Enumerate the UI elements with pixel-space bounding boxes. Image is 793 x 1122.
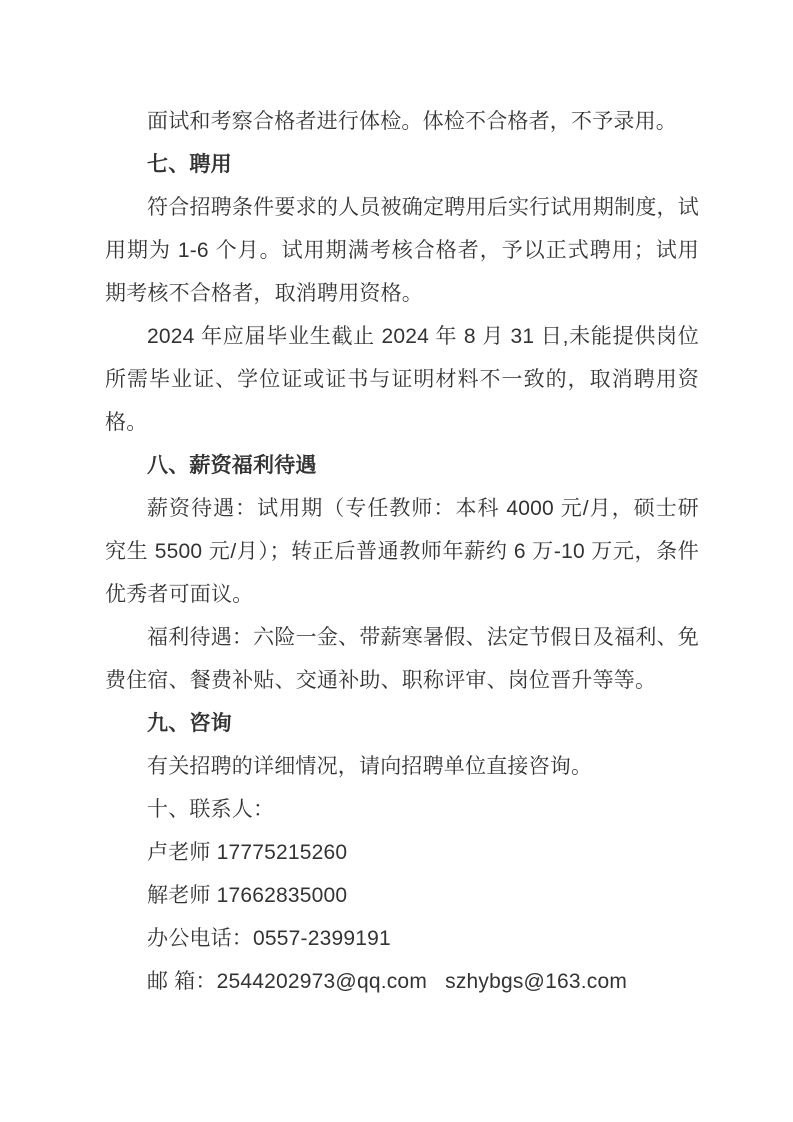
heading-section-7-employment: 七、聘用	[105, 143, 699, 186]
paragraph-salary-details: 薪资待遇：试用期（专任教师：本科 4000 元/月，硕士研究生 5500 元/月…	[105, 487, 699, 616]
paragraph-probation-period: 符合招聘条件要求的人员被确定聘用后实行试用期制度，试用期为 1-6 个月。试用期…	[105, 186, 699, 315]
paragraph-medical-exam: 面试和考察合格者进行体检。体检不合格者，不予录用。	[105, 100, 699, 143]
heading-section-9-consultation: 九、咨询	[105, 702, 699, 745]
paragraph-section-10-contacts-label: 十、联系人：	[105, 788, 699, 831]
contact-line-email: 邮 箱：2544202973@qq.com szhybgs@163.com	[105, 960, 699, 1003]
heading-section-8-salary-benefits: 八、薪资福利待遇	[105, 444, 699, 487]
document-content: 面试和考察合格者进行体检。体检不合格者，不予录用。 七、聘用 符合招聘条件要求的…	[105, 100, 699, 1003]
contact-line-lu-teacher: 卢老师 17775215260	[105, 831, 699, 874]
paragraph-2024-graduates-deadline: 2024 年应届毕业生截止 2024 年 8 月 31 日,未能提供岗位所需毕业…	[105, 315, 699, 444]
paragraph-welfare-benefits: 福利待遇：六险一金、带薪寒暑假、法定节假日及福利、免费住宿、餐费补贴、交通补助、…	[105, 616, 699, 702]
contact-line-office-phone: 办公电话：0557-2399191	[105, 917, 699, 960]
document-page: 面试和考察合格者进行体检。体检不合格者，不予录用。 七、聘用 符合招聘条件要求的…	[0, 0, 793, 1122]
contact-line-xie-teacher: 解老师 17662835000	[105, 874, 699, 917]
paragraph-consultation-info: 有关招聘的详细情况，请向招聘单位直接咨询。	[105, 745, 699, 788]
